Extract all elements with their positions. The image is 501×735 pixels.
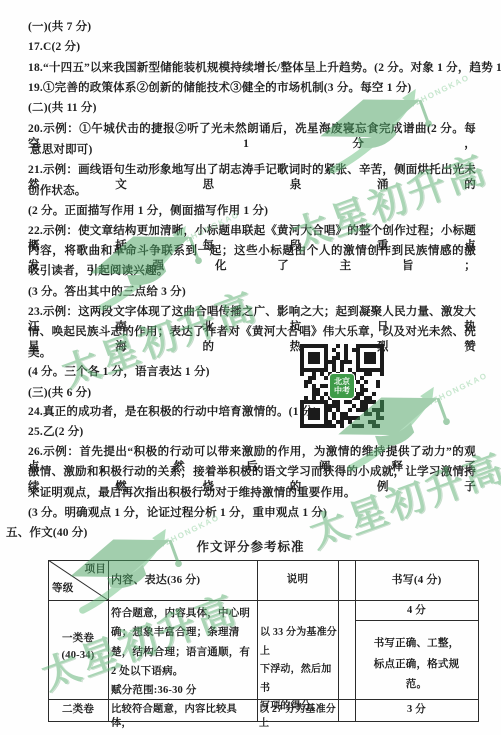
- answer-line: (2 分。正面描写作用 1 分，侧面描写作用 1 分): [28, 204, 268, 219]
- document-page: (一)(共 7 分)17.C(2 分)18.“十四五”以来我国新型储能装机规模持…: [0, 0, 501, 735]
- answer-line: 吸引读者，引起阅读兴趣。: [28, 264, 168, 279]
- row2-note: 以 27 分为基准分上: [259, 703, 338, 731]
- row1-grade: 一类卷: [48, 632, 108, 646]
- qr-code: 北京 中考: [300, 344, 384, 428]
- row2-grade: 二类卷: [48, 703, 108, 717]
- answer-line: 20.示例：①午城伏击的捷报②听了光未然朗诵后，冼星海废寝忘食完成谱曲(2 分。…: [28, 122, 476, 152]
- answer-line: (4 分。三个各 1 分，语言表达 1 分): [28, 365, 210, 380]
- header-note-col: 说明: [257, 573, 338, 587]
- answer-line: (三)(共 6 分): [28, 386, 91, 401]
- answer-line: 18.“十四五”以来我国新型储能装机规模持续增长/整体呈上升趋势。(2 分。对象…: [28, 61, 501, 76]
- answer-line: 24.真正的成功者，是在积极的行动中培育激情的。(1 分): [28, 405, 317, 420]
- answer-line: 意思对即可): [30, 143, 93, 158]
- answer-line: 19.①完善的政策体系②创新的储能技术③健全的市场机制(3 分。每空 1 分): [28, 81, 411, 96]
- row1-writing-desc: 书写正确、工整， 标点正确，格式规 范。: [355, 634, 478, 696]
- answer-line: 25.乙(2 分): [28, 425, 83, 440]
- row2-writing-score: 3 分: [355, 703, 478, 717]
- watermark-arc-text: BEIJING ZHONGKAO: [389, 371, 489, 426]
- answer-line: 来证明观点，最后再次指出积极行动对于维持激情的重要作用。: [28, 486, 356, 501]
- answer-line: (3 分。明确观点 1 分，论证过程分析 1 分，重申观点 1 分): [28, 506, 327, 521]
- essay-score-table: 项目 等级 内容、表达(36 分) 说明 书写(4 分) 一类卷 (40-34)…: [48, 560, 479, 722]
- essay-table-title: 作文评分参考标准: [0, 537, 501, 555]
- answer-line: (二)(共 11 分): [28, 101, 97, 116]
- qr-label-line1: 北京: [334, 377, 350, 386]
- table-border: [48, 600, 479, 601]
- header-content-col: 内容、表达(36 分): [111, 573, 256, 587]
- header-writing-col: 书写(4 分): [355, 573, 478, 587]
- answer-line: 美。: [28, 346, 51, 361]
- row1-range: (40-34): [48, 649, 108, 663]
- answer-line: (一)(共 7 分): [28, 20, 91, 35]
- table-border: [48, 560, 479, 561]
- header-corner-grade: 等级: [52, 582, 73, 596]
- table-border: [338, 560, 339, 722]
- answer-line: 创作状态。: [28, 184, 87, 199]
- answer-line: 17.C(2 分): [28, 40, 80, 55]
- qr-center-label: 北京 中考: [329, 373, 355, 399]
- table-border: [355, 620, 479, 621]
- row2-content: 比较符合题意，内容比较具体，: [111, 703, 257, 731]
- qr-label-line2: 中考: [334, 386, 350, 395]
- answer-line: 21.示例：画线语句生动形象地写出了胡志涛手记歌词时的紧张、辛苦，侧面烘托出光未…: [28, 163, 476, 193]
- row1-writing-score: 4 分: [355, 604, 478, 618]
- answer-line: (3 分。答出其中的三点给 3 分): [28, 285, 186, 300]
- table-border: [478, 560, 479, 722]
- row1-content: 符合题意，内容具体，中心明 确；想象丰富合理；条理清 楚，结构合理；语言通顺，有…: [111, 604, 256, 700]
- answer-line: 情、唤起民族斗志的作用；表达了作者对《黄河大合唱》伟大乐章，以及对光未然、冼星海…: [28, 325, 476, 355]
- header-corner-item: 项目: [74, 563, 106, 577]
